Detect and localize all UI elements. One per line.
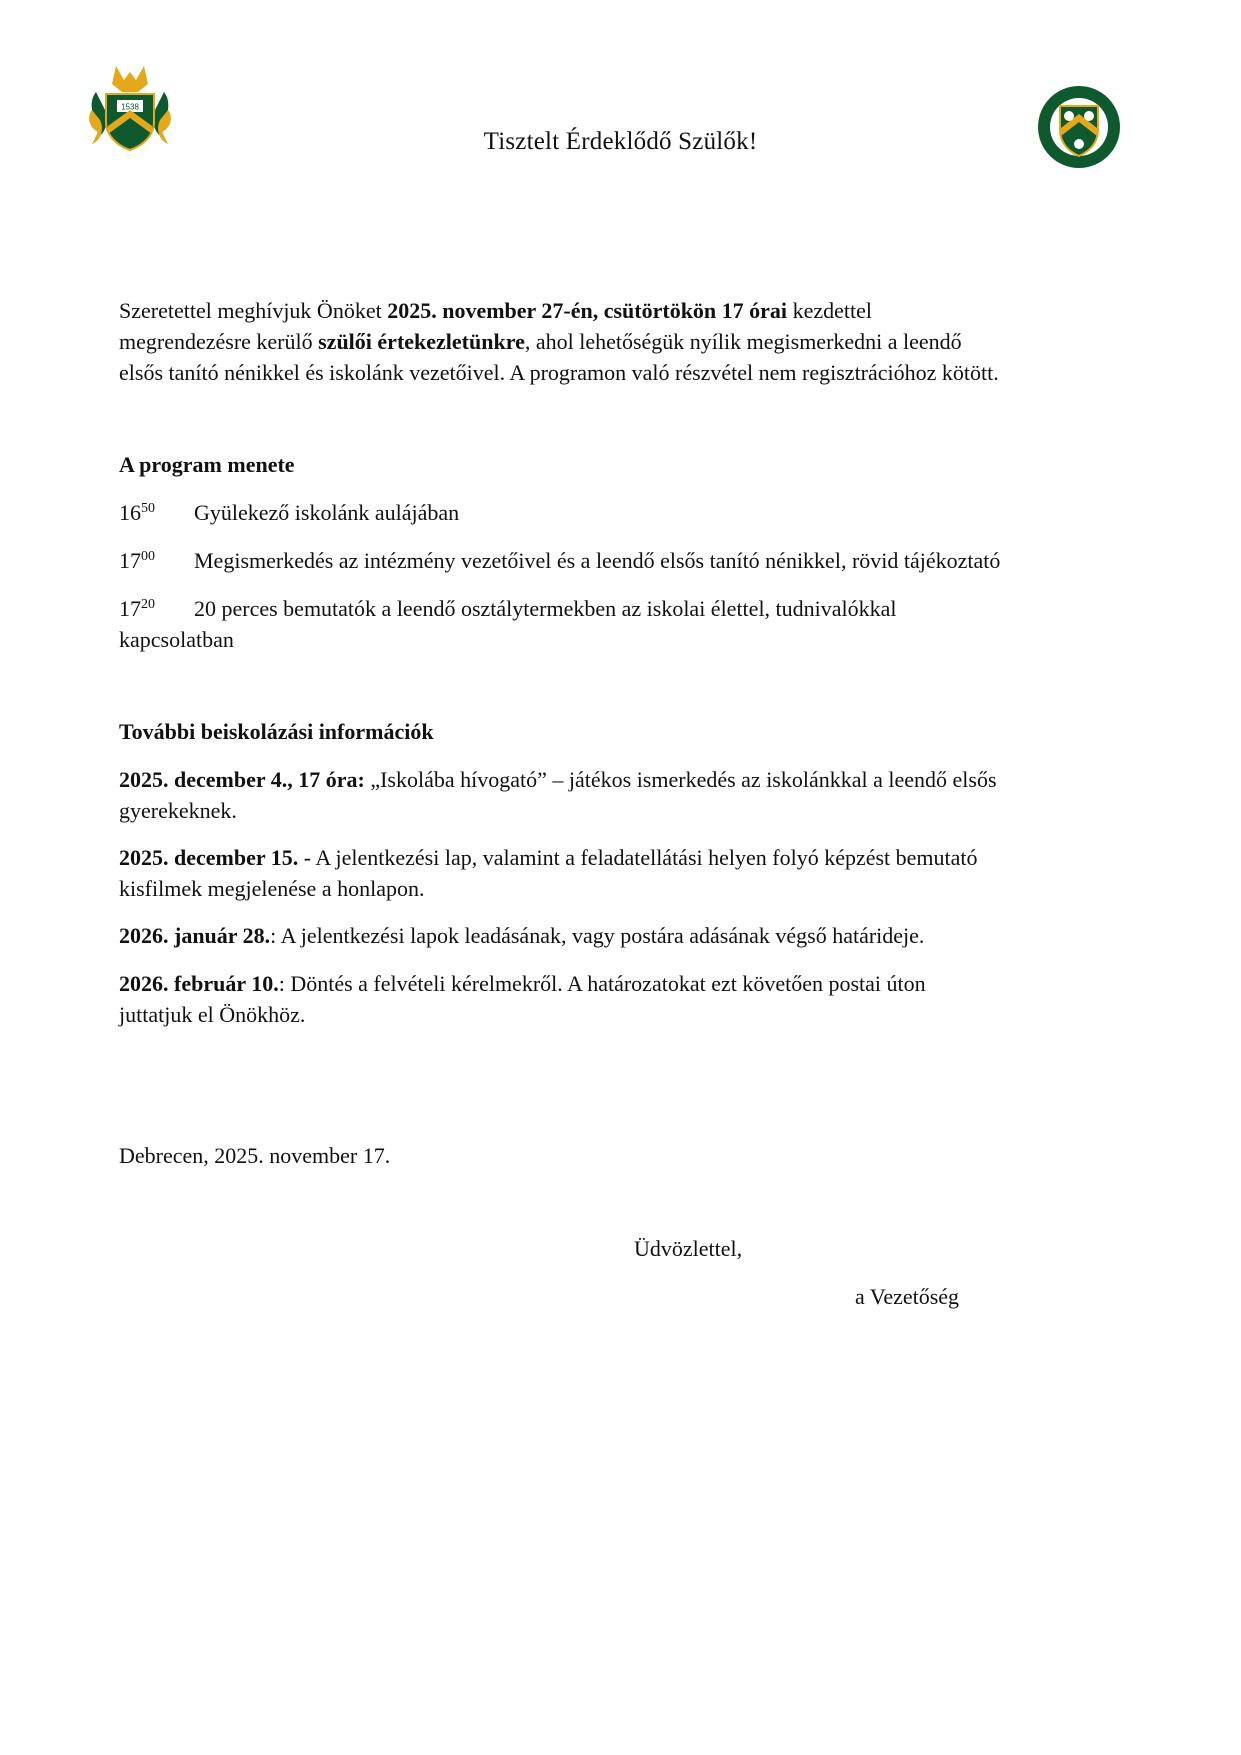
page-title: Tisztelt Érdeklődő Szülők!	[0, 128, 1241, 156]
info-item: 2025. december 15. - A jelentkezési lap,…	[119, 842, 978, 904]
signature: a Vezetőség	[855, 1281, 959, 1312]
program-item: 1700Megismerkedés az intézmény vezetőive…	[119, 545, 1000, 576]
info-item: 2025. december 4., 17 óra: „Iskolába hív…	[119, 764, 997, 826]
program-heading: A program menete	[119, 449, 295, 480]
program-item: 1650Gyülekező iskolánk aulájában	[119, 497, 459, 528]
info-heading: További beiskolázási információk	[119, 716, 434, 747]
intro-paragraph: Szeretettel meghívjuk Önöket 2025. novem…	[119, 295, 999, 388]
info-item: 2026. február 10.: Döntés a felvételi ké…	[119, 968, 926, 1030]
intro-line-1: Szeretettel meghívjuk Önöket 2025. novem…	[119, 295, 999, 326]
info-item: 2026. január 28.: A jelentkezési lapok l…	[119, 920, 924, 951]
document-page: 1538 Tisztelt Érdeklődő Szülők! Szeretet…	[0, 0, 1241, 1755]
school-seal-icon	[1036, 84, 1122, 170]
program-item: 172020 perces bemutatók a leendő osztály…	[119, 593, 897, 655]
greeting: Üdvözlettel,	[634, 1233, 742, 1264]
intro-line-3: elsős tanító nénikkel és iskolánk vezető…	[119, 357, 999, 388]
svg-text:1538: 1538	[121, 103, 139, 112]
intro-line-2: megrendezésre kerülő szülői értekezletün…	[119, 326, 999, 357]
place-date: Debrecen, 2025. november 17.	[119, 1140, 390, 1171]
